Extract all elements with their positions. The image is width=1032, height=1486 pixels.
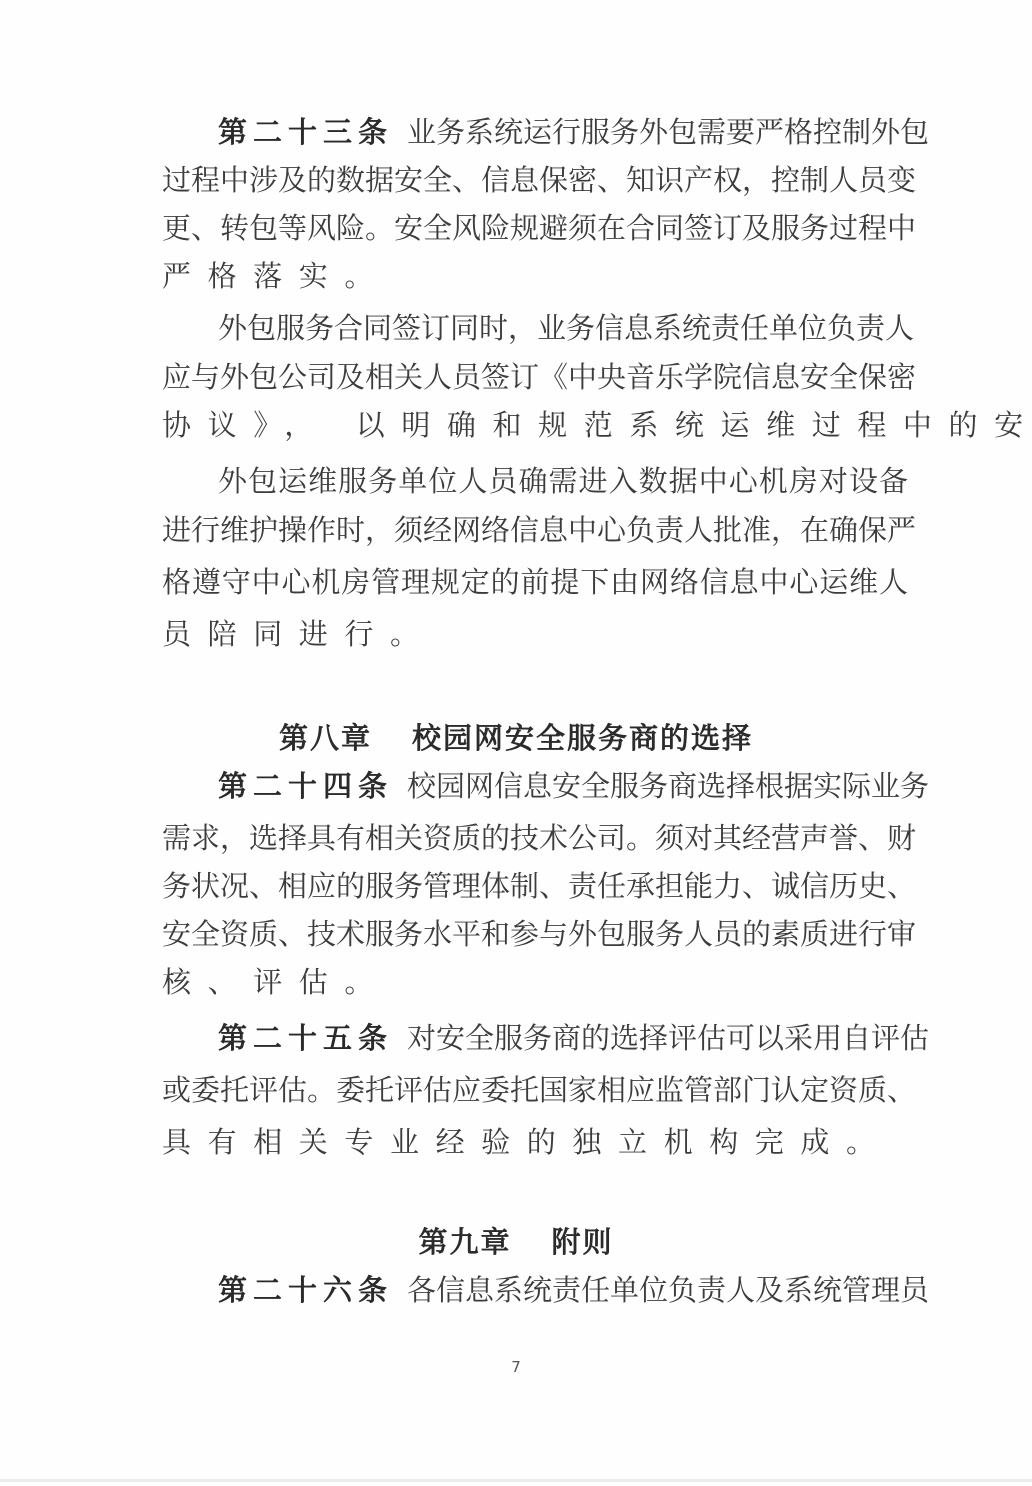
datacenter-para-line-3: 格遵守中心机房管理规定的前提下由网络信息中心运维人: [162, 562, 908, 602]
article-23-line-3: 更、转包等风险。安全风险规避须在合同签订及服务过程中: [162, 208, 908, 248]
article-24-line-5: 核、评估。: [162, 962, 908, 1002]
article-label: 第二十五条: [218, 1021, 393, 1055]
article-label: 第二十三条: [218, 115, 393, 149]
page-number: 7: [0, 1358, 1032, 1376]
article-24-line-3: 务状况、相应的服务管理体制、责任承担能力、诚信历史、: [162, 866, 908, 906]
document-page: 第二十三条业务系统运行服务外包需要严格控制外包 过程中涉及的数据安全、信息保密、…: [0, 0, 1032, 1486]
article-23-line-2: 过程中涉及的数据安全、信息保密、知识产权，控制人员变: [162, 160, 908, 200]
chapter-9-heading: 第九章附则: [0, 1222, 1032, 1262]
article-24-line-1: 第二十四条校园网信息安全服务商选择根据实际业务: [218, 766, 908, 806]
article-26-line-1: 第二十六条各信息系统责任单位负责人及系统管理员: [218, 1270, 908, 1310]
article-23-line-4: 严格落实。: [162, 256, 908, 296]
datacenter-para-line-4: 员陪同进行。: [162, 614, 908, 654]
article-24-line-4: 安全资质、技术服务水平和参与外包服务人员的素质进行审: [162, 914, 908, 954]
datacenter-para-line-1: 外包运维服务单位人员确需进入数据中心机房对设备: [218, 461, 908, 501]
chapter-8-heading: 第八章校园网安全服务商的选择: [0, 718, 1032, 758]
contract-para-line-1: 外包服务合同签订同时，业务信息系统责任单位负责人: [218, 308, 908, 348]
datacenter-para-line-2: 进行维护操作时，须经网络信息中心负责人批准，在确保严: [162, 510, 908, 550]
article-23-line-1: 第二十三条业务系统运行服务外包需要严格控制外包: [218, 112, 908, 152]
scan-edge-line: [0, 1479, 1032, 1482]
article-label: 第二十六条: [218, 1273, 393, 1307]
article-24-line-2: 需求，选择具有相关资质的技术公司。须对其经营声誉、财: [162, 818, 908, 858]
article-25-line-1: 第二十五条对安全服务商的选择评估可以采用自评估: [218, 1018, 908, 1058]
contract-para-line-2: 应与外包公司及相关人员签订《中央音乐学院信息安全保密: [162, 357, 908, 397]
article-25-line-3: 具有相关专业经验的独立机构完成。: [162, 1122, 908, 1162]
contract-para-line-3: 协议》， 以明确和规范系统运维过程中的安全管理责任。: [162, 405, 908, 445]
article-25-line-2: 或委托评估。委托评估应委托国家相应监管部门认定资质、: [162, 1070, 908, 1110]
article-label: 第二十四条: [218, 769, 393, 803]
